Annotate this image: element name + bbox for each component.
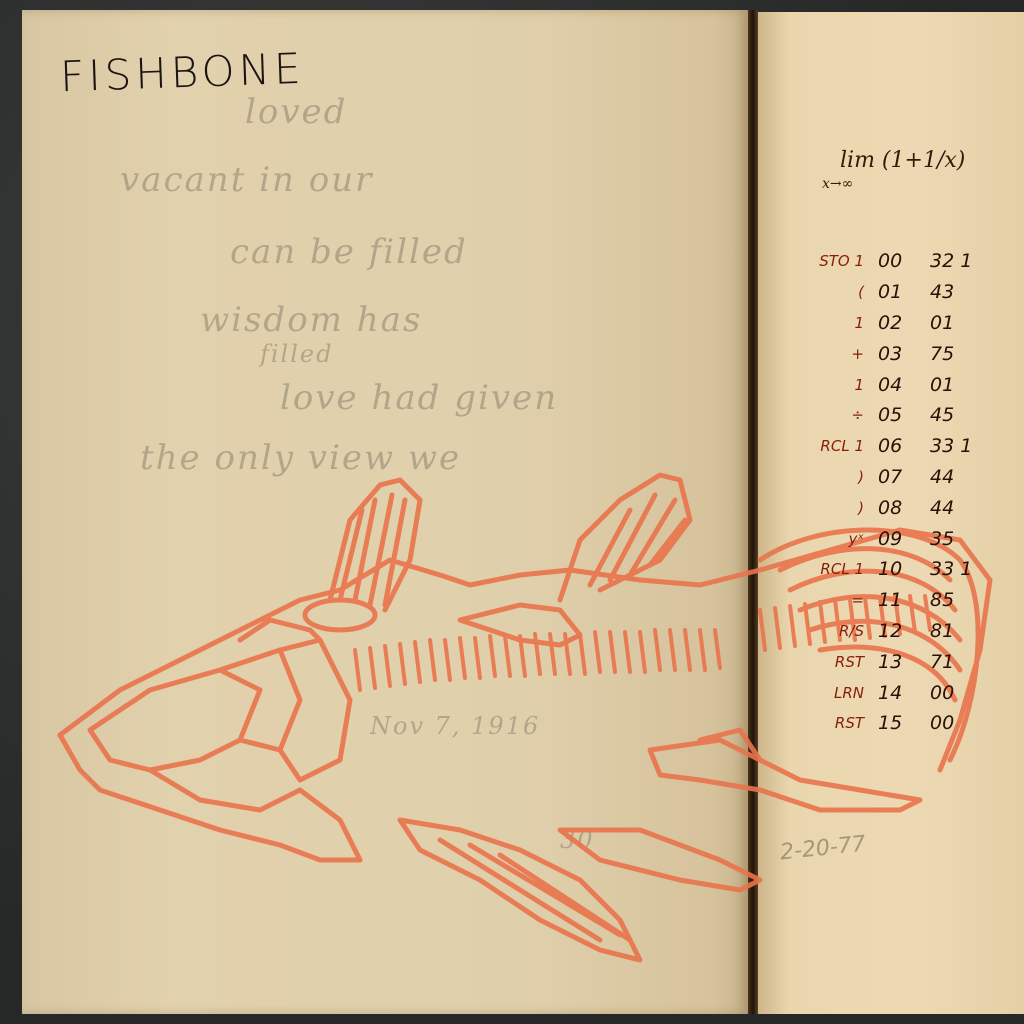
program-row: (0143 [800, 277, 1024, 308]
program-step: 02 [878, 312, 930, 334]
program-code: 81 [930, 620, 990, 642]
program-key: yˣ [800, 530, 878, 548]
program-row: RCL 10633 1 [800, 431, 1024, 462]
program-row: STO 10032 1 [800, 246, 1024, 277]
program-key: ( [800, 283, 878, 301]
faded-date: Nov 7, 1916 [370, 712, 540, 740]
program-step: 15 [878, 712, 930, 734]
program-step: 01 [878, 281, 930, 303]
program-step: 03 [878, 343, 930, 365]
program-key: RCL 1 [800, 437, 878, 455]
program-step: 06 [878, 435, 930, 457]
limit-formula: lim (1+1/x) [840, 148, 965, 173]
program-key: RST [800, 714, 878, 732]
faded-number: 30 [560, 826, 595, 854]
program-code: 00 [930, 682, 990, 704]
program-row: yˣ0935 [800, 523, 1024, 554]
program-row: 10401 [800, 369, 1024, 400]
program-key: 1 [800, 376, 878, 394]
program-key: + [800, 345, 878, 363]
faded-line-7: the only view we [140, 438, 461, 478]
program-code: 75 [930, 343, 990, 365]
program-code: 33 1 [930, 558, 990, 580]
program-step: 05 [878, 404, 930, 426]
program-key: LRN [800, 684, 878, 702]
program-code: 44 [930, 497, 990, 519]
program-code: 32 1 [930, 250, 990, 272]
program-step: 09 [878, 528, 930, 550]
program-row: RST1500 [800, 708, 1024, 739]
faded-line-6: love had given [280, 378, 558, 418]
program-row: RST1371 [800, 646, 1024, 677]
program-code: 01 [930, 312, 990, 334]
program-code: 71 [930, 651, 990, 673]
program-step: 10 [878, 558, 930, 580]
program-row: ÷0545 [800, 400, 1024, 431]
program-code: 85 [930, 589, 990, 611]
program-key: ) [800, 468, 878, 486]
program-code: 44 [930, 466, 990, 488]
program-row: +0375 [800, 338, 1024, 369]
faded-line-4: wisdom has [200, 300, 422, 340]
book-gutter [748, 10, 758, 1014]
program-row: R/S1281 [800, 616, 1024, 647]
program-key: ) [800, 499, 878, 517]
program-code: 00 [930, 712, 990, 734]
faded-line-5: filled [260, 340, 333, 368]
program-code: 43 [930, 281, 990, 303]
program-step: 00 [878, 250, 930, 272]
program-key: STO 1 [800, 252, 878, 270]
program-key: R/S [800, 622, 878, 640]
program-key: = [800, 591, 878, 609]
faded-line-3: can be filled [230, 232, 468, 272]
program-code: 45 [930, 404, 990, 426]
program-step: 14 [878, 682, 930, 704]
program-step: 13 [878, 651, 930, 673]
program-key: ÷ [800, 406, 878, 424]
program-key: RCL 1 [800, 560, 878, 578]
program-row: )0844 [800, 492, 1024, 523]
program-code: 35 [930, 528, 990, 550]
program-step: 07 [878, 466, 930, 488]
program-step: 08 [878, 497, 930, 519]
program-row: RCL 11033 1 [800, 554, 1024, 585]
program-step: 11 [878, 589, 930, 611]
program-key: 1 [800, 314, 878, 332]
program-code: 33 1 [930, 435, 990, 457]
program-row: LRN1400 [800, 677, 1024, 708]
page-title: FISHBONE [59, 44, 305, 102]
program-row: 10201 [800, 308, 1024, 339]
program-step: 12 [878, 620, 930, 642]
program-code: 01 [930, 374, 990, 396]
program-row: =1185 [800, 585, 1024, 616]
faded-line-2: vacant in our [120, 160, 373, 200]
program-step: 04 [878, 374, 930, 396]
program-listing: STO 10032 1 (0143 10201 +0375 10401 ÷054… [800, 246, 1024, 739]
program-row: )0744 [800, 462, 1024, 493]
faded-line-1: loved [245, 92, 347, 132]
limit-subscript: x→∞ [822, 176, 853, 192]
program-key: RST [800, 653, 878, 671]
